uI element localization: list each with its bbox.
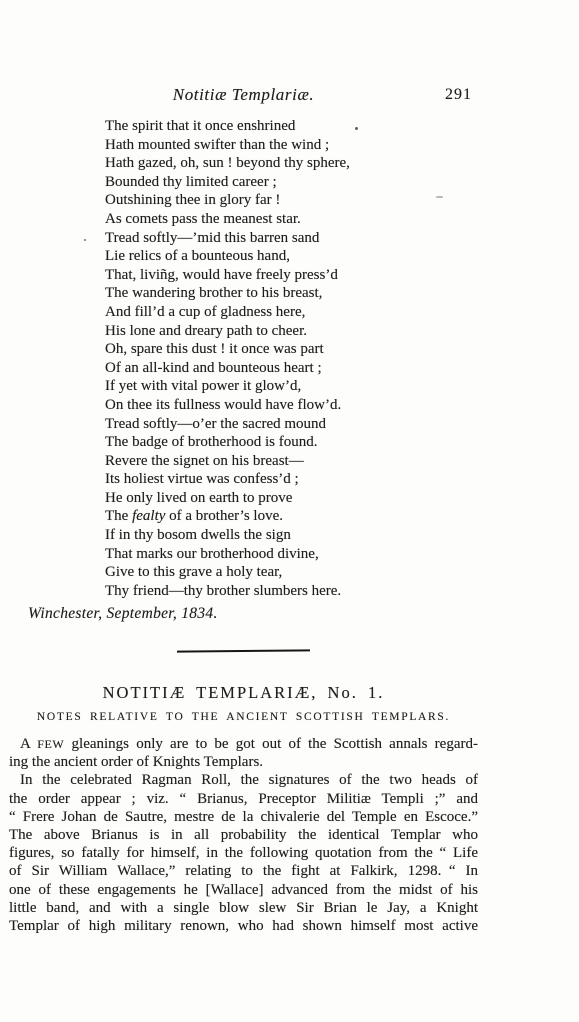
- poem-line: Bounded thy limited career ;: [105, 173, 435, 192]
- body-line: little band, and with a single blow slew…: [9, 899, 478, 917]
- poem-line: On thee its fullness would have flow’d.: [105, 396, 435, 415]
- poem-line: As comets pass the meanest star.: [105, 210, 435, 229]
- section-divider: [177, 649, 310, 652]
- body-line: of Sir William Wallace,” relating to the…: [9, 862, 478, 880]
- poem-line: Oh, spare this dust ! it once was part: [105, 340, 435, 359]
- body-line: “ Frere Johan de Sautre, mestre de la ch…: [9, 808, 478, 826]
- scan-speck: [84, 239, 86, 241]
- text-segment: fealty: [132, 508, 165, 524]
- text-segment: A: [20, 736, 37, 752]
- poem-line: Lie relics of a bounteous hand,: [105, 247, 435, 266]
- poem-line: That, liviñg, would have freely press’d: [105, 266, 435, 285]
- text-segment: FEW: [37, 737, 64, 751]
- body-line: figures, so fatally for himself, in the …: [9, 844, 478, 862]
- poem-line: Hath gazed, oh, sun ! beyond thy sphere,: [105, 154, 435, 173]
- poem-line: The fealty of a brother’s love.: [105, 507, 435, 526]
- poem-line: If in thy bosom dwells the sign: [105, 526, 435, 545]
- poem-line: Give to this grave a holy tear,: [105, 563, 435, 582]
- poem-line: That marks our brotherhood divine,: [105, 545, 435, 564]
- poem-line: Revere the signet on his breast—: [105, 452, 435, 471]
- body-line: In the celebrated Ragman Roll, the signa…: [9, 771, 478, 789]
- text-segment: gleanings only are to be got out of the …: [64, 736, 478, 752]
- poem-line: The spirit that it once enshrined: [105, 117, 435, 136]
- poem-line: Hath mounted swifter than the wind ;: [105, 136, 435, 155]
- body-line: A FEW gleanings only are to be got out o…: [9, 735, 478, 753]
- body-line: Templar of high military renown, who had…: [9, 917, 478, 935]
- body-line: The above Brianus is in all probability …: [9, 826, 478, 844]
- poem-line: Outshining thee in glory far !: [105, 191, 435, 210]
- scan-speck: [355, 127, 358, 130]
- poem-line: Of an all-kind and bounteous heart ;: [105, 359, 435, 378]
- scan-speck: [436, 196, 443, 198]
- poem-line: The badge of brotherhood is found.: [105, 433, 435, 452]
- poem-signature: Winchester, September, 1834.: [28, 605, 218, 623]
- poem-line: Its holiest virtue was confess’d ;: [105, 470, 435, 489]
- poem-line: Tread softly—’mid this barren sand: [105, 229, 435, 248]
- article-title: NOTITIÆ TEMPLARIÆ, No. 1.: [9, 683, 478, 703]
- article-body: A FEW gleanings only are to be got out o…: [9, 735, 478, 935]
- book-page: Notitiæ Templariæ. 291 The spirit that i…: [0, 0, 579, 1022]
- poem-line: His lone and dreary path to cheer.: [105, 322, 435, 341]
- page-number: 291: [445, 86, 472, 104]
- poem-line: Tread softly—o’er the sacred mound: [105, 415, 435, 434]
- page-header: Notitiæ Templariæ. 291: [9, 85, 478, 107]
- body-line: ing the ancient order of Knights Templar…: [9, 753, 478, 771]
- body-line: the order appear ; viz. “ Brianus, Prece…: [9, 790, 478, 808]
- poem-line: He only lived on earth to prove: [105, 489, 435, 508]
- article-subtitle: NOTES RELATIVE TO THE ANCIENT SCOTTISH T…: [9, 711, 478, 723]
- text-segment: of a brother’s love.: [165, 508, 283, 524]
- body-line: one of these engagements he [Wallace] ad…: [9, 881, 478, 899]
- text-segment: The: [105, 508, 132, 524]
- poem: The spirit that it once enshrinedHath mo…: [105, 117, 435, 600]
- poem-line: Thy friend—thy brother slumbers here.: [105, 582, 435, 601]
- poem-line: If yet with vital power it glow’d,: [105, 377, 435, 396]
- poem-line: And fill’d a cup of gladness here,: [105, 303, 435, 322]
- poem-line: The wandering brother to his breast,: [105, 284, 435, 303]
- running-head: Notitiæ Templariæ.: [9, 85, 478, 105]
